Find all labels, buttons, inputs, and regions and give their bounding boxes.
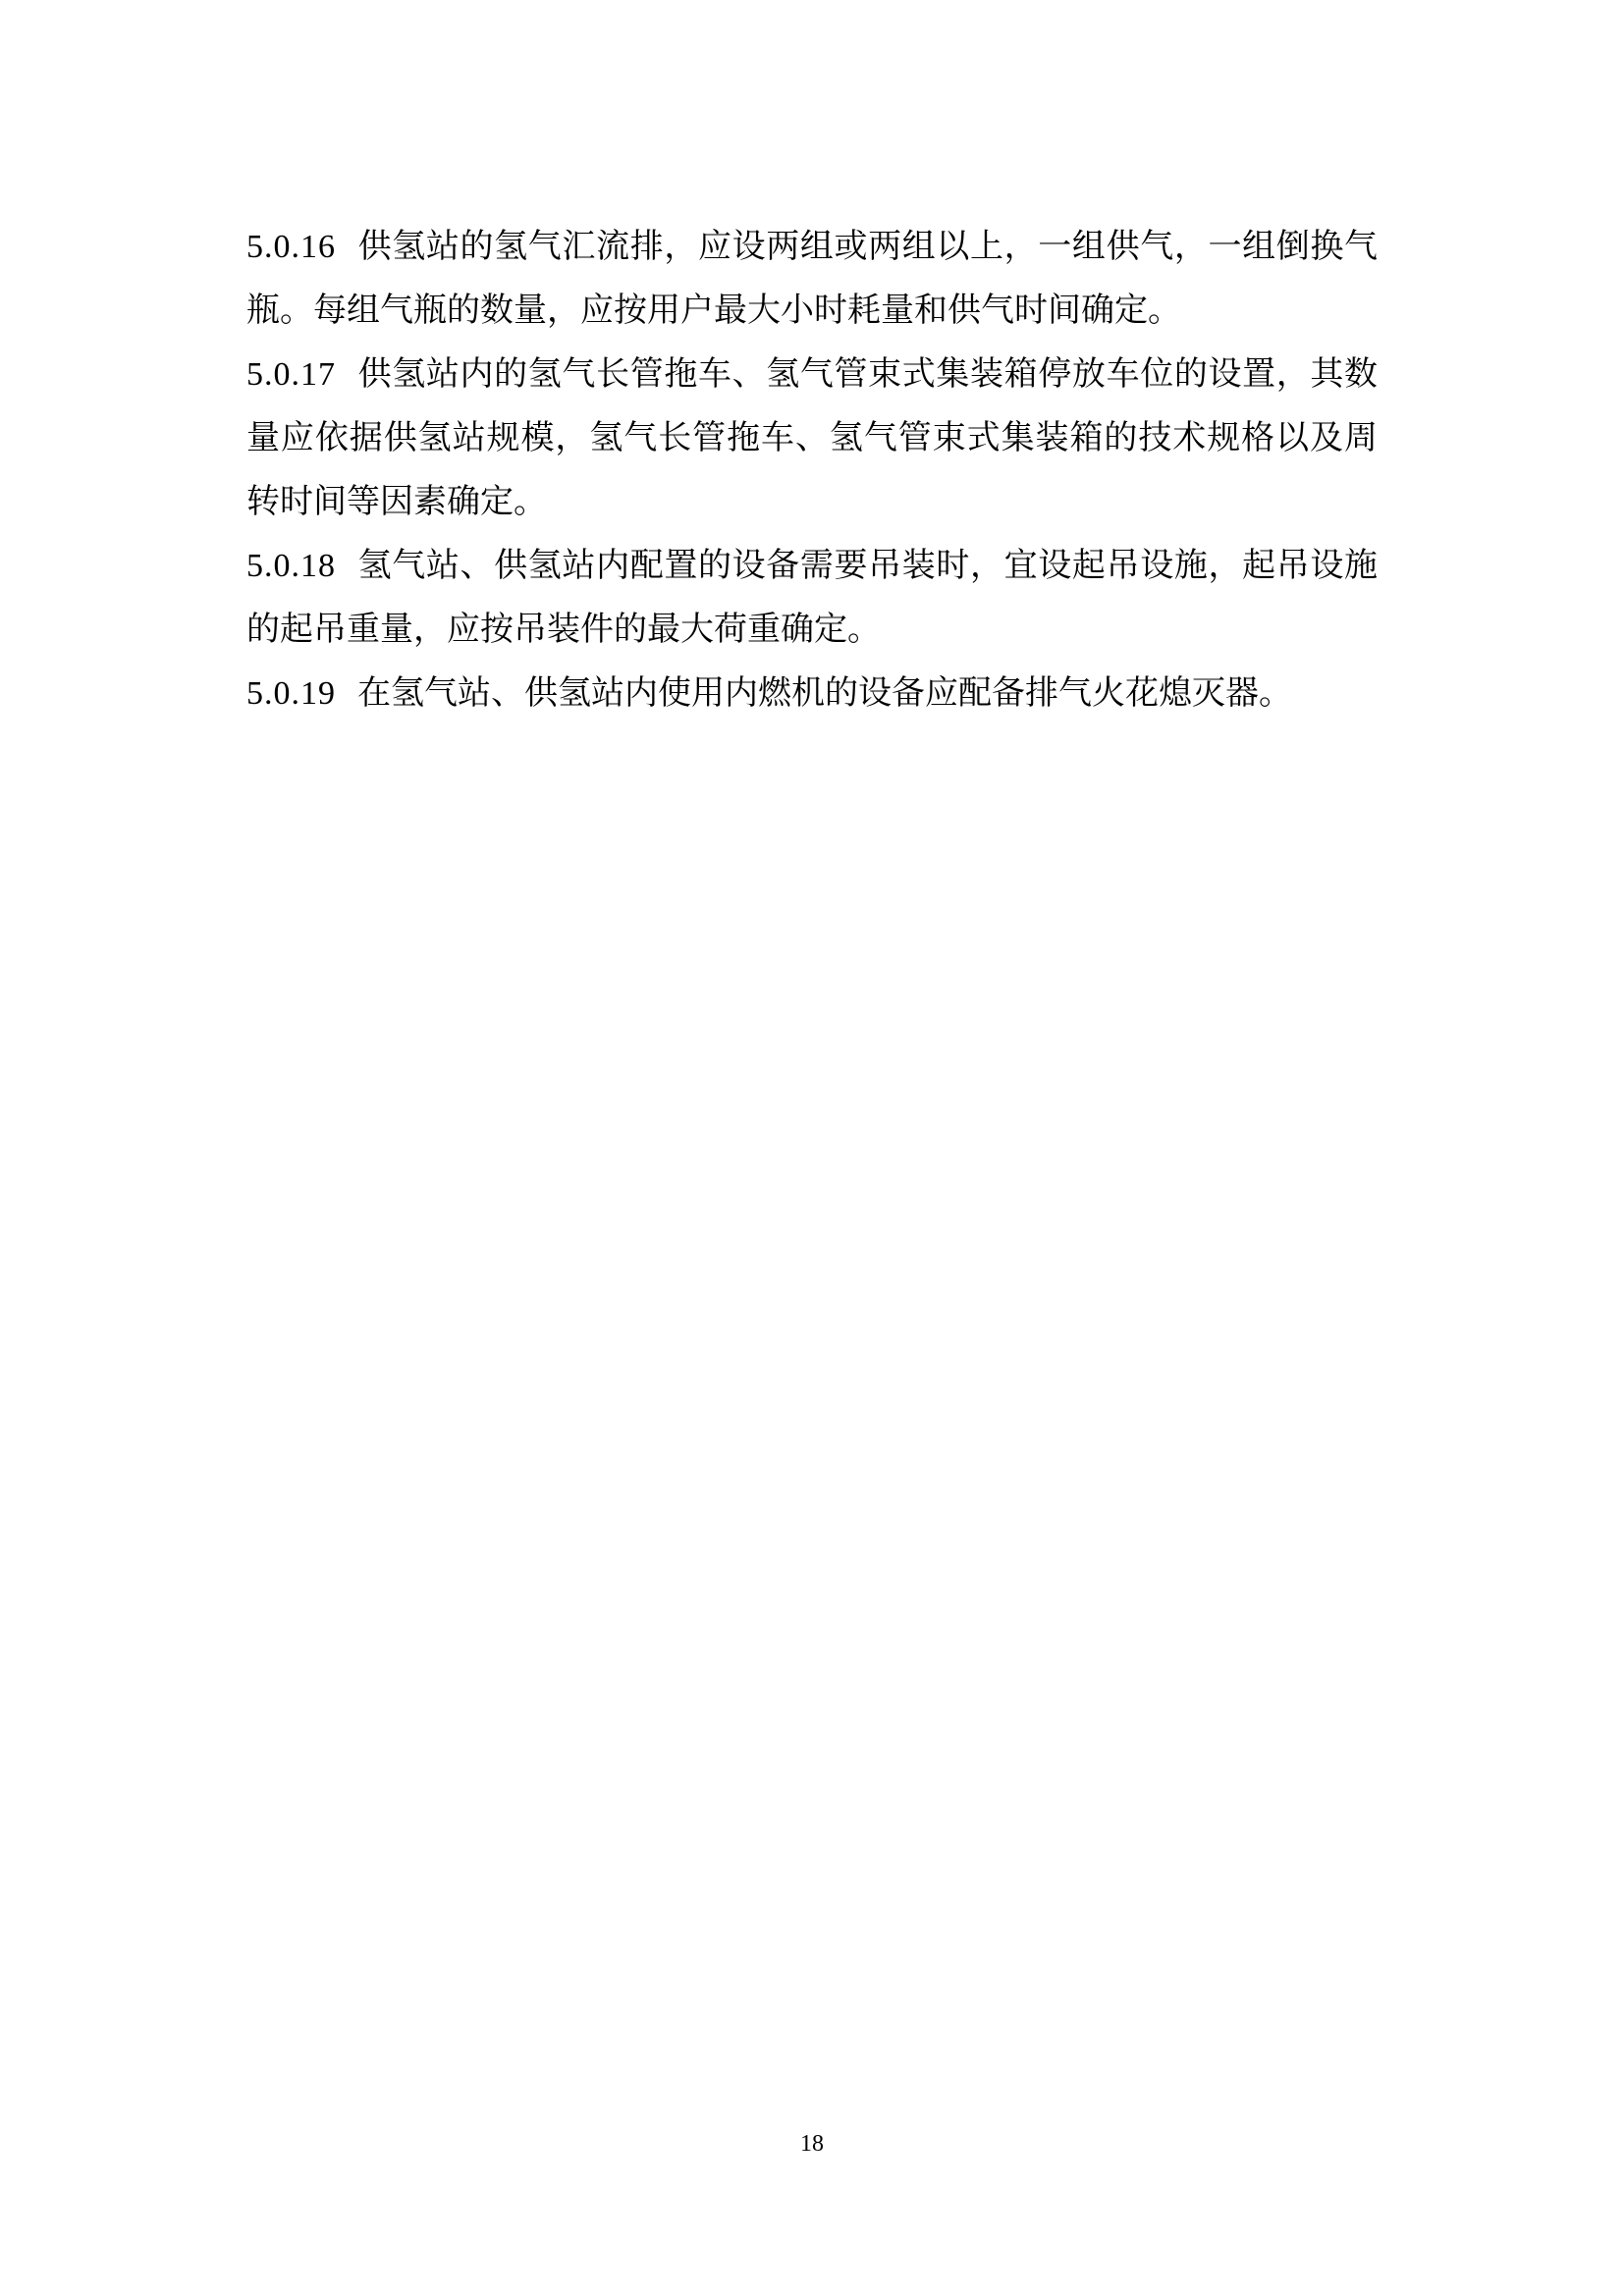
clause-number: 5.0.19 [246,675,336,712]
clause-5-0-19: 5.0.19在氢气站、供氢站内使用内燃机的设备应配备排气火花熄灭器。 [246,662,1378,725]
clause-5-0-17: 5.0.17供氢站内的氢气长管拖车、氢气管束式集装箱停放车位的设置，其数量应依据… [246,343,1378,534]
clause-number: 5.0.18 [246,548,336,584]
clause-5-0-18: 5.0.18氢气站、供氢站内配置的设备需要吊装时，宜设起吊设施，起吊设施的起吊重… [246,534,1378,662]
clause-text: 在氢气站、供氢站内使用内燃机的设备应配备排气火花熄灭器。 [357,675,1292,712]
clause-number: 5.0.16 [246,229,336,265]
page-number: 18 [0,2130,1624,2158]
clause-number: 5.0.17 [246,356,336,393]
clause-text: 供氢站内的氢气长管拖车、氢气管束式集装箱停放车位的设置，其数量应依据供氢站规模，… [246,356,1378,520]
clause-5-0-16: 5.0.16供氢站的氢气汇流排，应设两组或两组以上，一组供气，一组倒换气瓶。每组… [246,215,1378,343]
clauses-text-block: 5.0.16供氢站的氢气汇流排，应设两组或两组以上，一组供气，一组倒换气瓶。每组… [246,215,1378,725]
clause-text: 供氢站的氢气汇流排，应设两组或两组以上，一组供气，一组倒换气瓶。每组气瓶的数量，… [246,229,1378,329]
clause-text: 氢气站、供氢站内配置的设备需要吊装时，宜设起吊设施，起吊设施的起吊重量，应按吊装… [246,548,1378,648]
document-page: 5.0.16供氢站的氢气汇流排，应设两组或两组以上，一组供气，一组倒换气瓶。每组… [0,0,1624,2296]
